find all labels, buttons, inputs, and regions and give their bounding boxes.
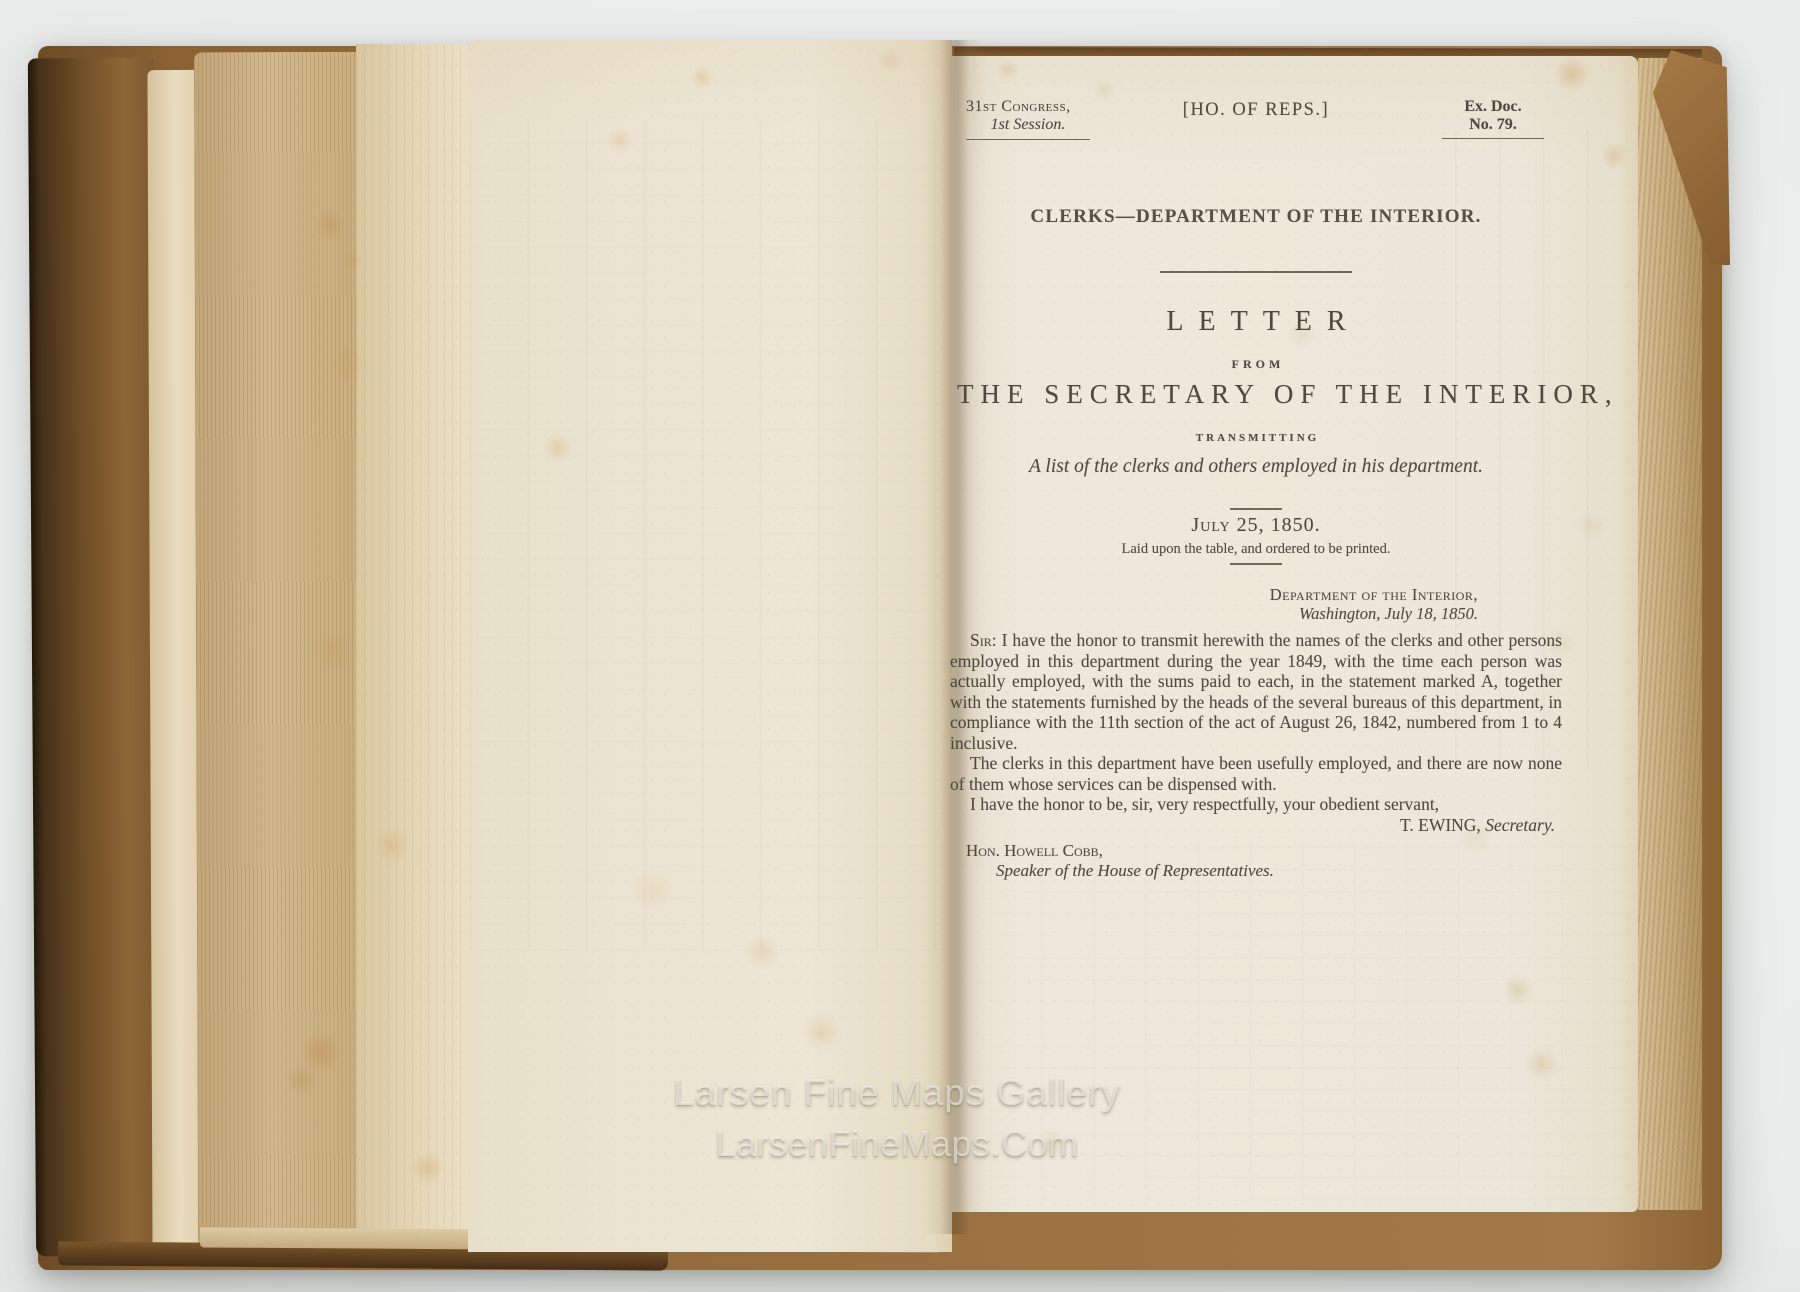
watermark-line2: LarsenFineMaps.Com (0, 1123, 1794, 1165)
letter-body: Sir:I have the honor to transmit herewit… (950, 630, 1562, 880)
addressee-title: Speaker of the House of Representatives. (996, 861, 1562, 881)
letter-heading: LETTER (950, 306, 1562, 338)
chamber-label: [HO. OF REPS.] (1183, 100, 1329, 121)
signature-name: T. EWING, (1400, 815, 1481, 835)
masthead: 31st Congress, 1st Session. [HO. OF REPS… (950, 98, 1562, 160)
order-note: Laid upon the table, and ordered to be p… (950, 541, 1562, 558)
date-heading: July 25, 1850. (950, 514, 1562, 537)
office-dateline: Department of the Interior, Washington, … (950, 585, 1562, 623)
watermark: Larsen Fine Maps Gallery LarsenFineMaps.… (0, 1072, 1794, 1165)
addressee-block: Hon. Howell Cobb, Speaker of the House o… (950, 841, 1562, 880)
left-page (468, 40, 952, 1252)
doc-label: Ex. Doc. (1442, 98, 1544, 116)
divider-rule (1160, 271, 1352, 273)
doc-number: No. 79. (1442, 116, 1544, 134)
right-fore-edge-stack (1638, 58, 1702, 1210)
closing-line: I have the honor to be, sir, very respec… (950, 794, 1562, 815)
signature-title: Secretary. (1485, 815, 1555, 835)
session-label: 1st Session. (966, 116, 1090, 134)
office-place-date: Washington, July 18, 1850. (950, 604, 1478, 623)
salutation: Sir: (970, 630, 997, 650)
signature-line: T. EWING, Secretary. (950, 815, 1562, 836)
divider-rule-short (1230, 563, 1282, 565)
office-name: Department of the Interior, (950, 585, 1478, 604)
paragraph-text: I have the honor to transmit herewith th… (950, 630, 1562, 753)
doc-number-block: Ex. Doc. No. 79. (1442, 98, 1544, 139)
printed-document: 31st Congress, 1st Session. [HO. OF REPS… (950, 0, 1562, 1215)
paragraph: Sir:I have the honor to transmit herewit… (950, 630, 1562, 753)
divider-rule-short (1230, 508, 1282, 510)
addressee-name: Hon. Howell Cobb, (966, 841, 1562, 861)
transmitting-label: TRANSMITTING (950, 432, 1562, 444)
subject-line: A list of the clerks and others employed… (950, 456, 1562, 478)
document-title: CLERKS—DEPARTMENT OF THE INTERIOR. (950, 206, 1562, 228)
congress-label: 31st Congress, (966, 98, 1090, 116)
congress-session-block: 31st Congress, 1st Session. (966, 98, 1090, 140)
paragraph: The clerks in this department have been … (950, 753, 1562, 794)
from-label: FROM (950, 357, 1562, 372)
author-heading: THE SECRETARY OF THE INTERIOR, (950, 379, 1562, 410)
watermark-line1: Larsen Fine Maps Gallery (0, 1072, 1794, 1114)
